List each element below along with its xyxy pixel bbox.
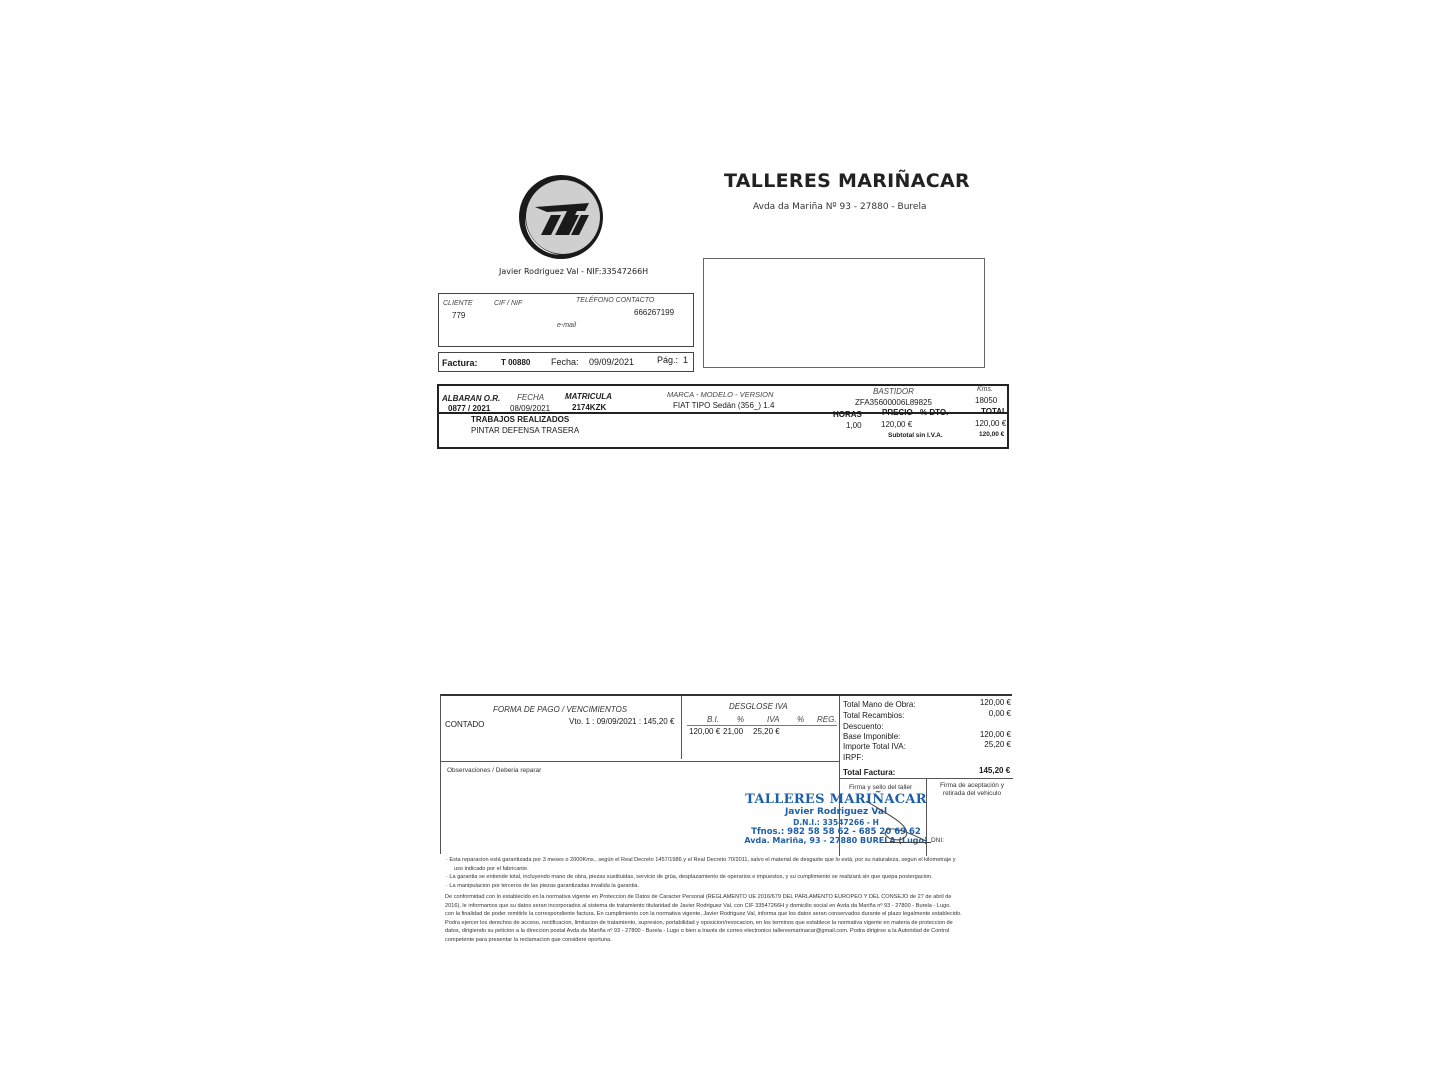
page-value: 1 bbox=[683, 355, 688, 365]
totals-label: Descuento: bbox=[843, 722, 883, 731]
cliente-value: 779 bbox=[452, 311, 465, 320]
company-name: TALLERES MARIÑACAR bbox=[724, 170, 970, 192]
totals-value: 120,00 € bbox=[951, 698, 1011, 707]
signature-taller-label: Firma y sello del taller bbox=[849, 784, 912, 791]
fecha-value: 09/09/2021 bbox=[589, 357, 634, 367]
signature-scribble-icon bbox=[861, 796, 931, 846]
albaran-label: ALBARAN O.R. bbox=[442, 394, 500, 403]
payment-method: CONTADO bbox=[445, 720, 484, 729]
factura-number: T 00880 bbox=[501, 358, 530, 367]
signature-client-label: Firma de aceptación y retirada del vehic… bbox=[931, 782, 1013, 798]
telefono-value: 666267199 bbox=[634, 308, 674, 317]
totals-label: Total Mano de Obra: bbox=[843, 700, 915, 709]
totals-value: 0,00 € bbox=[951, 709, 1011, 718]
dni-label: DNI: bbox=[931, 837, 944, 844]
iva-col-iva: IVA bbox=[767, 715, 779, 724]
factura-label: Factura: bbox=[442, 358, 478, 368]
kms-label: Kms. bbox=[977, 386, 993, 393]
divider bbox=[839, 778, 1013, 779]
kms-value: 18050 bbox=[975, 396, 997, 405]
owner-nif: Javier Rodriguez Val - NIF:33547266H bbox=[499, 267, 648, 276]
privacy-line: datos, dirigiendo su peticion a la direc… bbox=[445, 927, 962, 936]
item-horas: 1,00 bbox=[846, 421, 862, 430]
col-total: TOTAL bbox=[981, 407, 1007, 416]
iva-bi: 120,00 € bbox=[689, 727, 720, 736]
warranty-terms: · Esta reparacion está garantizada por 3… bbox=[446, 856, 956, 890]
fecha-label: Fecha: bbox=[551, 357, 579, 367]
privacy-line: Podra ejercer los derechos de acceso, re… bbox=[445, 919, 962, 928]
client-box: CLIENTE 779 CIF / NIF TELÉFONO CONTACTO … bbox=[438, 293, 694, 347]
recipient-address-box bbox=[703, 258, 985, 368]
marca-value: FIAT TIPO Sedán (356_) 1.4 bbox=[673, 401, 774, 410]
warranty-line: · La manipulacion por terceros de las pi… bbox=[446, 882, 956, 891]
privacy-line: con la finalidad de poder remitirle la c… bbox=[445, 910, 962, 919]
company-address: Avda da Mariña Nº 93 - 27880 - Burela bbox=[753, 202, 926, 212]
warranty-line: uso indicado por el fabricante. bbox=[446, 865, 956, 874]
iva-pct: 21,00 bbox=[723, 727, 743, 736]
iva-header: DESGLOSE IVA bbox=[729, 702, 788, 711]
totals-value: 120,00 € bbox=[951, 730, 1011, 739]
totals-label: Base Imponible: bbox=[843, 732, 900, 741]
col-dto: % DTO. bbox=[920, 408, 948, 417]
matricula-label: MATRICULA bbox=[565, 392, 612, 401]
iva-col-pct: % bbox=[737, 715, 744, 724]
totals-label: Importe Total IVA: bbox=[843, 742, 906, 751]
privacy-line: De conformidad con lo establecido en la … bbox=[445, 893, 962, 902]
col-horas: HORAS bbox=[833, 410, 862, 419]
tm-logo-icon bbox=[517, 173, 605, 261]
invoice-info-box: Factura: T 00880 Fecha: 09/09/2021 Pág.:… bbox=[438, 352, 694, 372]
subtotal-value: 120,00 € bbox=[979, 431, 1004, 438]
fecha-or-label: FECHA bbox=[517, 393, 544, 402]
iva-amount: 25,20 € bbox=[753, 727, 780, 736]
total-factura-value: 145,20 € bbox=[979, 766, 1010, 775]
payment-due: Vto. 1 : 09/09/2021 : 145,20 € bbox=[569, 717, 674, 726]
bastidor-label: BASTIDOR bbox=[873, 387, 914, 396]
cif-label: CIF / NIF bbox=[494, 300, 522, 307]
totals-value: 25,20 € bbox=[951, 740, 1011, 749]
page-label: Pág.: bbox=[657, 355, 678, 365]
item-precio: 120,00 € bbox=[881, 420, 912, 429]
col-precio: PRECIO bbox=[882, 408, 913, 417]
bastidor-value: ZFA35600006L89825 bbox=[855, 398, 932, 407]
telefono-label: TELÉFONO CONTACTO bbox=[576, 297, 654, 304]
iva-col-bi: B.I. bbox=[707, 715, 719, 724]
divider bbox=[681, 696, 682, 759]
privacy-notice: De conformidad con lo establecido en la … bbox=[445, 893, 962, 945]
item-description: PINTAR DEFENSA TRASERA bbox=[471, 426, 579, 435]
summary-block: FORMA DE PAGO / VENCIMIENTOS CONTADO Vto… bbox=[440, 694, 1012, 854]
trabajos-label: TRABAJOS REALIZADOS bbox=[471, 415, 569, 424]
total-factura-label: Total Factura: bbox=[843, 768, 895, 777]
cliente-label: CLIENTE bbox=[443, 300, 473, 307]
work-items-box: ALBARAN O.R. 0877 / 2021 FECHA 08/09/202… bbox=[437, 384, 1009, 449]
privacy-line: 2016), le informamos que su datos seran … bbox=[445, 902, 962, 911]
totals-label: IRPF: bbox=[843, 753, 863, 762]
divider bbox=[881, 842, 931, 843]
marca-label: MARCA - MODELO - VERSION bbox=[667, 390, 773, 399]
iva-col-reg: REG. bbox=[817, 715, 837, 724]
warranty-line: · Esta reparacion está garantizada por 3… bbox=[446, 856, 956, 865]
item-total: 120,00 € bbox=[975, 419, 1006, 428]
email-label: e-mail bbox=[557, 322, 576, 329]
divider bbox=[687, 725, 837, 726]
iva-col-pct2: % bbox=[797, 715, 804, 724]
warranty-line: · La garantia se entiende total, incluye… bbox=[446, 873, 956, 882]
privacy-line: competente para presentar la reclamacion… bbox=[445, 936, 962, 945]
subtotal-label: Subtotal sin I.V.A. bbox=[888, 432, 943, 439]
observations: Observaciones / Deberia reparar bbox=[447, 767, 541, 774]
payment-header: FORMA DE PAGO / VENCIMIENTOS bbox=[493, 705, 627, 714]
matricula-value: 2174KZK bbox=[572, 403, 606, 412]
totals-label: Total Recambios: bbox=[843, 711, 904, 720]
divider bbox=[441, 761, 839, 762]
